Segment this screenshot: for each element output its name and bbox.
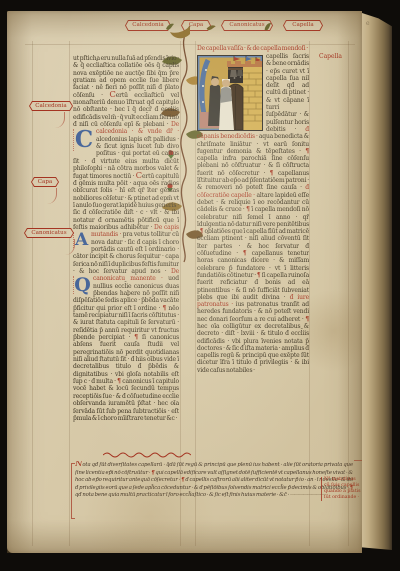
text-run: ¶ (305, 316, 309, 323)
margin-label: Calcedonia (30, 102, 72, 110)
margin-cartouche-calcedonia: Calcedonia (29, 101, 73, 111)
historiated-miniature (197, 55, 263, 131)
left-text-column: ut pſticha eru nulla ſuā ad pſendis īvio… (73, 55, 179, 459)
right-text-column: De capella vaſiſa · & de capella mendoſi… (197, 45, 309, 459)
folio-mark: e (366, 20, 370, 27)
right-column-flow: capellis ſacris & bene ornādis · ep̄s cu… (197, 53, 309, 374)
header-cartouche: Capella (283, 20, 323, 31)
illuminated-initial-q: Q (73, 276, 91, 294)
margin-cartouche-capa: Capa (31, 177, 59, 187)
line-filler-flourish (103, 451, 191, 459)
gloss-margin-note: N° matutinascū ſuis capellisquando a p̄l… (321, 477, 366, 501)
illuminated-initial-c: C (73, 129, 94, 151)
text-run: ¶ (134, 334, 142, 341)
text-run: canonicus ī capitulo vocē habet & locū ſ… (73, 378, 179, 422)
running-header: Calcedonia Capa Canonicatus Capella (125, 20, 323, 31)
margin-label: Capa (32, 178, 58, 186)
text-run: hec oīa colligūtur ex decretalibus & dec… (197, 323, 309, 374)
margin-note-capella: Capella (319, 53, 342, 60)
text-run: ¶ (305, 148, 309, 155)
text-run: ———————— (290, 492, 324, 498)
leaf-ornament-icon (205, 23, 217, 34)
gloss-block: Nota qđ ſūt diverſitates capellarū · q̄d… (75, 461, 353, 521)
ruling-line (69, 41, 70, 546)
ruling-line (32, 41, 33, 546)
flourish-tail (47, 188, 57, 204)
tower (243, 67, 262, 130)
text-run: ertū capitulū đ gēmis multa pōit · aqua … (73, 173, 179, 231)
page-edge-stack: e (362, 13, 392, 550)
manuscript-page: Calcedonia Capa Canonicatus Capella Calc… (7, 11, 362, 553)
margin-cartouche-canonicatus: Canonicatus (24, 228, 74, 238)
text-run: capellis ſacris & bene ornādis · ep̄s cu… (266, 53, 309, 133)
manuscript-photo: Calcedonia Capa Canonicatus Capella Calc… (0, 0, 400, 571)
illuminated-initial-a: A (73, 232, 89, 248)
text-run: ſūt ordinande · (324, 495, 366, 501)
header-label: Capella (284, 21, 322, 30)
chapter-rubric: De capella vaſiſa · & de capella mendoſi… (197, 45, 309, 53)
flourish-tail (55, 112, 65, 128)
miniature-scene-monks-chapel (198, 56, 262, 130)
text-run: quando a p̄latis (324, 489, 366, 495)
text-run: ¶ (270, 170, 278, 177)
text-run: ¶ (243, 250, 252, 257)
margin-label: Canonicatus (25, 229, 73, 237)
text-run: qđ nota bene quia multū practicatur ī fo… (75, 492, 290, 498)
